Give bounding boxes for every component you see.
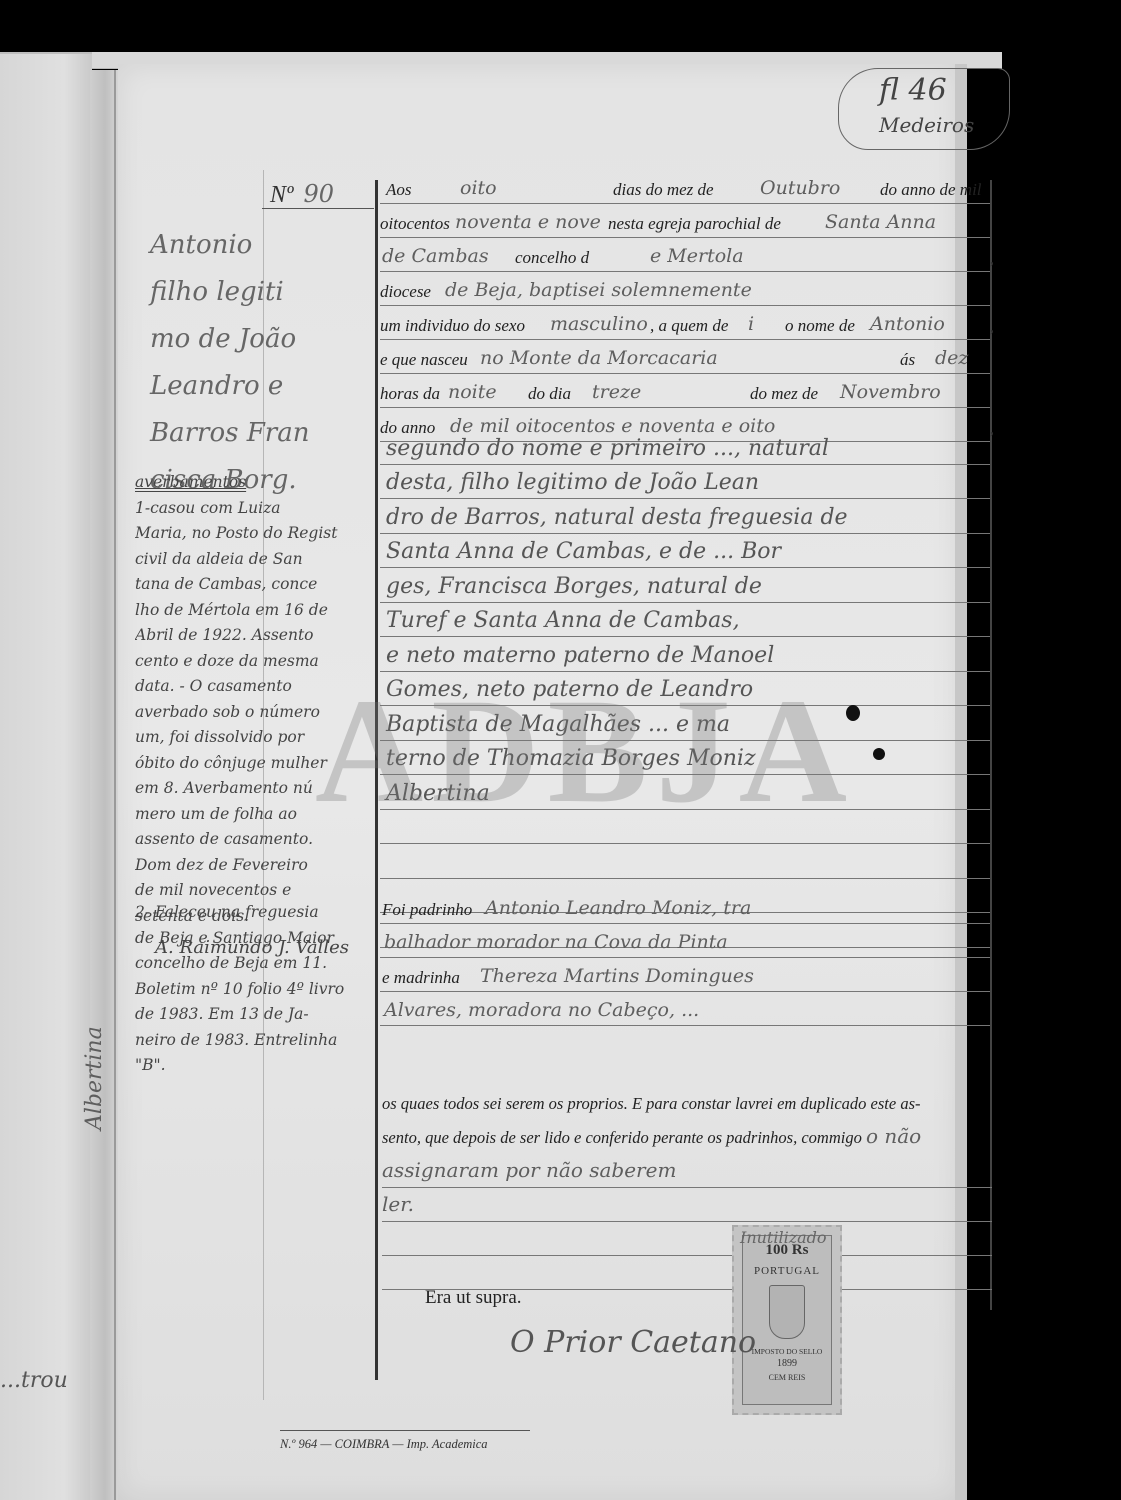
entry-number-underline: [262, 208, 374, 209]
annotation-line: concelho de Beja em 11.: [135, 951, 380, 977]
closing-text: os quaes todos sei serem os proprios. E …: [382, 1087, 992, 1290]
margin-name-line: Antonio: [150, 222, 370, 269]
ink-blot: [873, 748, 885, 760]
value-de: i: [748, 313, 754, 335]
baptism-form: Aos oito dias do mez de Outubro do anno …: [380, 170, 990, 442]
value-hour: dez: [935, 347, 968, 369]
godfather-row: Foi padrinho Antonio Leandro Moniz, tra: [380, 890, 990, 924]
annotation-line: Maria, no Posto do Regist: [135, 521, 380, 547]
annotation-line: de 1983. Em 13 de Ja-: [135, 1002, 380, 1028]
body-line: Turef e Santa Anna de Cambas,: [380, 603, 990, 638]
form-row-birthplace: e que nasceu no Monte da Morcacaria ás d…: [380, 340, 990, 374]
left-page-vertical-note: Albertina: [82, 1026, 107, 1130]
form-row-diocese: diocese de Beja, baptisei solemnemente: [380, 272, 990, 306]
annotation-line: um, foi dissolvido por: [135, 725, 380, 751]
margin-name-line: Leandro e: [150, 363, 370, 410]
value-diocese: de Beja, baptisei solemnemente: [445, 279, 752, 301]
label-sex: um individuo do sexo: [380, 316, 525, 336]
body-line: Baptista de Magalhães ... e ma: [380, 706, 990, 741]
godfather-row-cont: balhador morador na Cova da Pinta: [380, 924, 990, 958]
era-ut-supra: Era ut supra.: [425, 1287, 522, 1309]
label-horas: horas da: [380, 384, 440, 404]
annotation-line: lho de Mértola em 16 de: [135, 598, 380, 624]
folio-name: Medeiros: [879, 113, 974, 137]
value-birthplace: no Monte da Morcacaria: [480, 347, 718, 369]
annotation-line: Dom dez de Fevereiro: [135, 853, 380, 879]
annotation-line: 2- Faleceu na freguesia: [135, 900, 380, 926]
value-day: oito: [460, 177, 497, 199]
body-line: Albertina: [380, 775, 990, 810]
annotation-line: de Beja e Santiago Maior: [135, 926, 380, 952]
priest-signature: O Prior Caetano: [510, 1325, 756, 1360]
closing-line-2-printed: sento, que depois de ser lido e conferid…: [382, 1128, 862, 1147]
margin-name-line: mo de João: [150, 316, 370, 363]
body-line: terno de Thomazia Borges Moniz: [380, 741, 990, 776]
annotation-line: neiro de 1983. Entrelinha: [135, 1028, 380, 1054]
folio-number: fl 46: [879, 73, 947, 108]
form-row-municipality: de Cambas concelho d e Mertola ,: [380, 238, 990, 272]
body-line: dro de Barros, natural desta freguesia d…: [380, 499, 990, 534]
godmother-row-cont: Alvares, moradora no Cabeço, ...: [380, 992, 990, 1026]
printer-imprint: N.º 964 — COIMBRA — Imp. Academica: [280, 1430, 530, 1452]
label-aos: Aos: [386, 180, 412, 200]
coat-of-arms-icon: [769, 1285, 805, 1339]
body-line: e neto materno paterno de Manoel: [380, 637, 990, 672]
empty-line: [380, 810, 990, 845]
form-row-parish: oitocentos noventa e nove nesta egreja p…: [380, 204, 990, 238]
label-oitocentos: oitocentos: [380, 214, 450, 234]
annotations-title: averbamentos: [135, 470, 380, 496]
entry-body: segundo do nome e primeiro ..., natural …: [380, 430, 990, 948]
label-a-quem: , a quem de: [650, 316, 728, 336]
label-nasceu: e que nasceu: [380, 350, 468, 370]
label-concelho: concelho d: [515, 248, 589, 268]
annotation-line: mero um de folha ao: [135, 802, 380, 828]
comma: ,: [990, 419, 994, 439]
stamp-annotation: Inutilizado: [740, 1228, 827, 1247]
ink-blot: [846, 705, 860, 721]
value-year: noventa e nove: [455, 211, 601, 233]
closing-line-2: sento, que depois de ser lido e conferid…: [382, 1120, 992, 1154]
left-page-bottom-note: ...trou: [0, 1368, 68, 1393]
label-month: dias do mez de: [613, 180, 714, 200]
godmother-row: e madrinha Thereza Martins Domingues: [380, 958, 990, 992]
empty-line: [380, 844, 990, 879]
godmother-name: Thereza Martins Domingues: [480, 965, 754, 987]
label-name: o nome de: [785, 316, 855, 336]
annotation-line: Boletim nº 10 folio 4º livro: [135, 977, 380, 1003]
tax-stamp-face: 100 Rs PORTUGAL IMPOSTO DO SELLO 1899 CE…: [742, 1235, 832, 1405]
entry-number: Nº90: [270, 180, 334, 209]
closing-line-3: assignaram por não saberem: [382, 1154, 992, 1188]
godmother-residence: Alvares, moradora no Cabeço, ...: [384, 999, 699, 1021]
entry-number-value: 90: [303, 180, 334, 208]
annotation-1: averbamentos 1-casou com Luiza Maria, no…: [135, 470, 380, 961]
value-period: noite: [448, 381, 497, 403]
folio-mark: fl 46 Medeiros: [838, 68, 1010, 150]
value-concelho: e Mertola: [650, 245, 744, 267]
value-parish-cont: de Cambas: [382, 245, 489, 267]
label-diocese: diocese: [380, 282, 431, 302]
annotation-line: 1-casou com Luiza: [135, 496, 380, 522]
closing-line-2-handwritten: o não: [866, 1124, 921, 1148]
form-row-date: Aos oito dias do mez de Outubro do anno …: [380, 170, 990, 204]
annotation-line: Abril de 1922. Assento: [135, 623, 380, 649]
godfather-residence: balhador morador na Cova da Pinta: [384, 931, 728, 953]
closing-line-1: os quaes todos sei serem os proprios. E …: [382, 1087, 992, 1120]
empty-line: [382, 1222, 992, 1256]
body-line: desta, filho legitimo de João Lean: [380, 465, 990, 500]
annotation-2: 2- Faleceu na freguesia de Beja e Santia…: [135, 900, 380, 1079]
annotation-line: civil da aldeia de San: [135, 547, 380, 573]
page-edge-line: [114, 70, 116, 1500]
annotation-line: data. - O casamento: [135, 674, 380, 700]
annotation-line: assento de casamento.: [135, 827, 380, 853]
label-birth-month: do mez de: [750, 384, 818, 404]
godfather-label: Foi padrinho: [382, 900, 472, 920]
value-birth-month: Novembro: [840, 381, 941, 403]
entry-number-label: Nº: [270, 182, 293, 208]
annotation-line: tana de Cambas, conce: [135, 572, 380, 598]
form-row-sex-name: um individuo do sexo masculino , a quem …: [380, 306, 990, 340]
annotation-line: óbito do cônjuge mulher: [135, 751, 380, 777]
godfather-name: Antonio Leandro Moniz, tra: [485, 897, 751, 919]
stamp-tax: IMPOSTO DO SELLO: [743, 1347, 831, 1356]
margin-name-line: Barros Fran: [150, 410, 370, 457]
value-birth-day: treze: [592, 381, 641, 403]
label-as: ás: [900, 350, 915, 370]
comma: ,: [990, 249, 994, 269]
annotation-line: em 8. Averbamento nú: [135, 776, 380, 802]
comma: ,: [990, 317, 994, 337]
margin-name-line: filho legiti: [150, 269, 370, 316]
godparents-section: Foi padrinho Antonio Leandro Moniz, tra …: [380, 890, 990, 1026]
value-sex: masculino: [550, 313, 648, 335]
annotation-line: averbado sob o número: [135, 700, 380, 726]
closing-line-4: ler.: [382, 1188, 992, 1222]
value-parish: Santa Anna: [825, 211, 936, 233]
label-year: do anno de mil: [880, 180, 982, 200]
godmother-label: e madrinha: [382, 968, 460, 988]
value-month: Outubro: [760, 177, 840, 199]
margin-name: Antonio filho legiti mo de João Leandro …: [150, 222, 370, 504]
annotation-line: "B".: [135, 1053, 380, 1079]
label-parish: nesta egreja parochial de: [608, 214, 781, 234]
body-line: ges, Francisca Borges, natural de: [380, 568, 990, 603]
previous-page: [0, 52, 92, 1500]
body-line: Santa Anna de Cambas, e de ... Bor: [380, 534, 990, 569]
tax-stamp: 100 Rs PORTUGAL IMPOSTO DO SELLO 1899 CE…: [732, 1225, 842, 1415]
body-line: Gomes, neto paterno de Leandro: [380, 672, 990, 707]
stamp-denomination: CEM REIS: [743, 1373, 831, 1382]
label-dia: do dia: [528, 384, 571, 404]
annotation-line: cento e doze da mesma: [135, 649, 380, 675]
body-line: segundo do nome e primeiro ..., natural: [380, 430, 990, 465]
stamp-country: PORTUGAL: [743, 1265, 831, 1277]
value-name: Antonio: [870, 313, 945, 335]
form-row-birthtime: horas da noite do dia treze do mez de No…: [380, 374, 990, 408]
empty-line: [382, 1256, 992, 1290]
stamp-year: 1899: [743, 1358, 831, 1369]
